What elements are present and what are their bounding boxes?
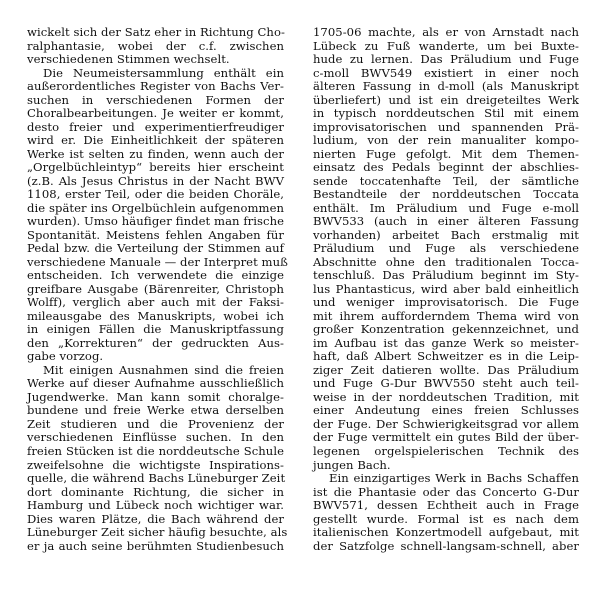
text-line: verschiedenen Einflüsse suchen. In den xyxy=(27,431,284,445)
text-line: einsatz des Pedals beginnt der abschlies… xyxy=(313,161,579,175)
text-line: „Orgelbüchleintyp“ bereits hier erschein… xyxy=(27,161,284,175)
text-line: und weniger improvisatorisch. Die Fuge xyxy=(313,296,579,310)
text-line: in typisch norddeutschen Stil mit einem xyxy=(313,107,579,121)
text-line: der Fuge. Der Schwierigkeitsgrad vor all… xyxy=(313,418,579,432)
text-line: entscheiden. Ich verwendete die einzige xyxy=(27,269,284,283)
right-text-column: 1705-06 machte, als er von Arnstadt nach… xyxy=(313,26,579,553)
text-line: sende toccatenhafte Teil, der sämtliche xyxy=(313,175,579,189)
text-line: Werke auf dieser Aufnahme ausschließlich xyxy=(27,377,284,391)
text-line: Pedal bzw. die Verteilung der Stimmen au… xyxy=(27,242,284,256)
text-line: Ein einzigartiges Werk in Bachs Schaffen xyxy=(313,472,579,486)
text-line: Lübeck zu Fuß wanderte, um bei Buxte- xyxy=(313,40,579,54)
text-line: der Fuge vermittelt ein gutes Bild der ü… xyxy=(313,431,579,445)
text-line: Lüneburger Zeit sicher häufig besuchte, … xyxy=(27,526,284,540)
text-line: nierten Fuge gefolgt. Mit dem Themen- xyxy=(313,148,579,162)
text-line: (z.B. Als Jesus Christus in der Nacht BW… xyxy=(27,175,284,189)
text-line: außerordentliches Register von Bachs Ver… xyxy=(27,80,284,94)
text-line: haft, daß Albert Schweitzer es in die Le… xyxy=(313,350,579,364)
text-line: Spontanität. Meistens fehlen Angaben für xyxy=(27,229,284,243)
text-line: Choralbearbeitungen. Je weiter er kommt, xyxy=(27,107,284,121)
text-line: lus Phantasticus, wird aber bald einheit… xyxy=(313,283,579,297)
text-line: improvisatorischen und spannenden Prä- xyxy=(313,121,579,135)
text-line: wickelt sich der Satz eher in Richtung C… xyxy=(27,26,284,40)
text-line: großer Konzentration gekennzeichnet, und xyxy=(313,323,579,337)
text-line: überliefert) und ist ein dreigeteiltes W… xyxy=(313,94,579,108)
text-line: den „Korrekturen“ der gedruckten Aus- xyxy=(27,337,284,351)
text-line: BWV533 (auch in einer älteren Fassung xyxy=(313,215,579,229)
text-line: mileausgabe des Manuskripts, wobei ich xyxy=(27,310,284,324)
text-line: ralphantasie, wobei der c.f. zwischen xyxy=(27,40,284,54)
text-line: die später ins Orgelbüchlein aufgenommen xyxy=(27,202,284,216)
text-line: ziger Zeit datieren wollte. Das Präludiu… xyxy=(313,364,579,378)
text-line: weise in der norddeutschen Tradition, mi… xyxy=(313,391,579,405)
text-line: enthält. Im Präludium und Fuge e-moll xyxy=(313,202,579,216)
text-line: wird er. Die Einheitlichkeit der spätere… xyxy=(27,134,284,148)
text-line: bundene und freie Werke etwa derselben xyxy=(27,404,284,418)
text-line: dort dominante Richtung, die sicher in xyxy=(27,486,284,500)
text-line: italienischen Konzertmodell aufgebaut, m… xyxy=(313,526,579,540)
text-line: zweifelsohne die wichtigste Inspirations… xyxy=(27,459,284,473)
text-line: ludium, von der rein manualiter kompo- xyxy=(313,134,579,148)
text-line: älteren Fassung in d-moll (als Manuskrip… xyxy=(313,80,579,94)
text-line: Die Neumeistersammlung enthält ein xyxy=(27,67,284,81)
text-line: Jugendwerke. Man kann somit choralge- xyxy=(27,391,284,405)
text-line: c-moll BWV549 existiert in einer noch xyxy=(313,67,579,81)
text-line: 1108, erster Teil, oder die beiden Chorä… xyxy=(27,188,284,202)
document-page: wickelt sich der Satz eher in Richtung C… xyxy=(0,0,589,599)
text-line: mit ihrem aufforderndem Thema wird von xyxy=(313,310,579,324)
text-line: einer Andeutung eines freien Schlusses xyxy=(313,404,579,418)
text-line: 1705-06 machte, als er von Arnstadt nach xyxy=(313,26,579,40)
text-line: in einigen Fällen die Manuskriptfassung xyxy=(27,323,284,337)
text-line: wurden). Umso häufiger findet man frisch… xyxy=(27,215,284,229)
text-line: Bestandteile der norddeutschen Toccata xyxy=(313,188,579,202)
text-line: Wolff), verglich aber auch mit der Faksi… xyxy=(27,296,284,310)
text-line: vorhanden) arbeitet Bach erstmalig mit xyxy=(313,229,579,243)
text-line: gestellt wurde. Formal ist es nach dem xyxy=(313,513,579,527)
text-line: greifbare Ausgabe (Bärenreiter, Christop… xyxy=(27,283,284,297)
text-line: Zeit studieren und die Provenienz der xyxy=(27,418,284,432)
text-line: er ja auch seine berühmten Studienbesuch xyxy=(27,540,284,554)
text-line: Werke ist selten zu finden, wenn auch de… xyxy=(27,148,284,162)
text-line: verschiedenen Stimmen wechselt. xyxy=(27,53,284,67)
left-text-column: wickelt sich der Satz eher in Richtung C… xyxy=(27,26,284,553)
text-line: BWV571, dessen Echtheit auch in Frage xyxy=(313,499,579,513)
text-line: hude zu lernen. Das Präludium und Fuge xyxy=(313,53,579,67)
text-line: und Fuge G-Dur BWV550 steht auch teil- xyxy=(313,377,579,391)
text-line: freien Stücken ist die norddeutsche Schu… xyxy=(27,445,284,459)
text-line: der Satzfolge schnell-langsam-schnell, a… xyxy=(313,540,579,554)
text-line: desto freier und experimentierfreudiger xyxy=(27,121,284,135)
text-line: Präludium und Fuge als verschiedene xyxy=(313,242,579,256)
text-line: verschiedene Manuale — der Interpret muß xyxy=(27,256,284,270)
text-line: ist die Phantasie oder das Concerto G-Du… xyxy=(313,486,579,500)
text-line: im Aufbau ist das ganze Werk so meister- xyxy=(313,337,579,351)
text-line: quelle, die während Bachs Lüneburger Zei… xyxy=(27,472,284,486)
text-line: jungen Bach. xyxy=(313,459,579,473)
text-line: Hamburg und Lübeck noch wichtiger war. xyxy=(27,499,284,513)
text-line: legenen orgelspielerischen Technik des xyxy=(313,445,579,459)
text-line: tenschluß. Das Präludium beginnt im Sty- xyxy=(313,269,579,283)
text-line: gabe vorzog. xyxy=(27,350,284,364)
text-line: Dies waren Plätze, die Bach während der xyxy=(27,513,284,527)
text-line: Mit einigen Ausnahmen sind die freien xyxy=(27,364,284,378)
text-line: Abschnitte ohne den traditionalen Tocca- xyxy=(313,256,579,270)
text-line: suchen in verschiedenen Formen der xyxy=(27,94,284,108)
